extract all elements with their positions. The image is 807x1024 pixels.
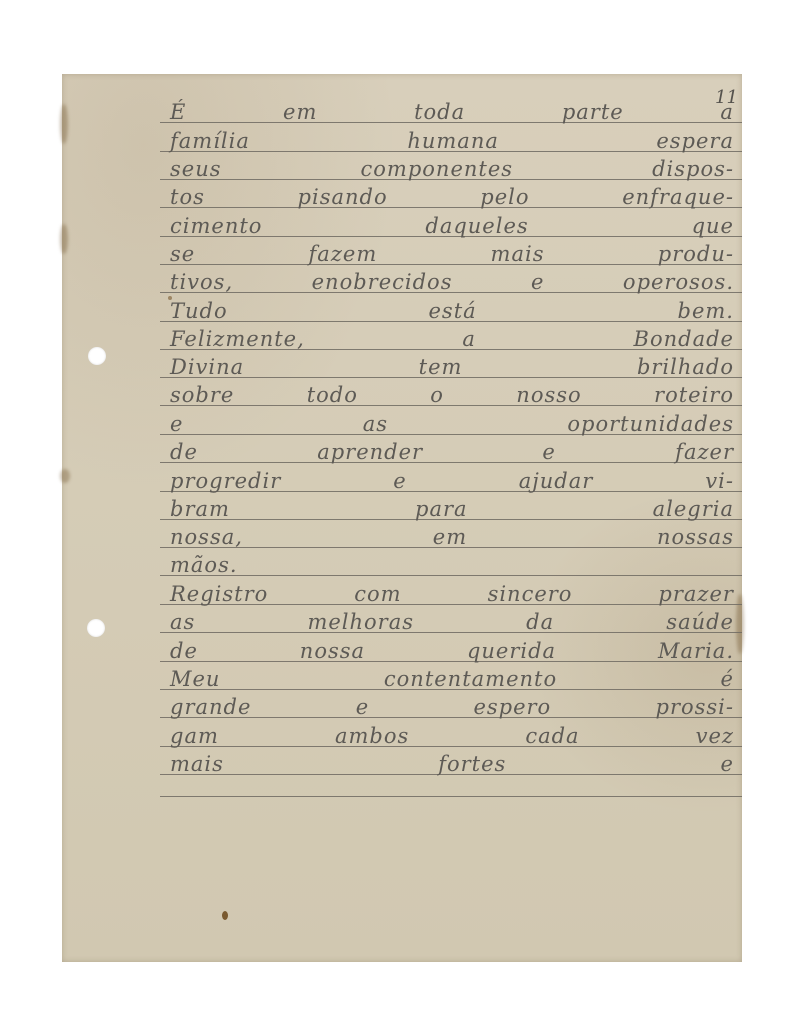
handwritten-line: tivos,enobrecidoseoperosos. [170, 270, 734, 294]
handwritten-line: cimentodaquelesque [170, 214, 734, 238]
punch-hole-top [88, 347, 106, 365]
handwritten-line: tospisandopeloenfraque- [170, 185, 734, 209]
handwritten-line: nossa,emnossas [170, 525, 734, 549]
handwritten-line: denossaqueridaMaria. [170, 639, 734, 663]
handwritten-line: progredireajudarvi- [170, 469, 734, 493]
handwritten-line: easoportunidades [170, 412, 734, 436]
document-page: 11 Éemtodapartea famíliahumanaespera seu… [62, 74, 742, 962]
handwritten-line: deaprenderefazer [170, 440, 734, 464]
handwritten-line: famíliahumanaespera [170, 129, 734, 153]
ruled-line [160, 796, 742, 797]
handwritten-line: seuscomponentesdispos- [170, 157, 734, 181]
handwritten-line: Meucontentamentoé [170, 667, 734, 691]
handwritten-line: Tudoestábem. [170, 299, 734, 323]
handwritten-line: asmelhorasdasaúde [170, 610, 734, 634]
handwritten-line: Éemtodapartea [170, 100, 734, 124]
handwritten-line: mãos. [170, 553, 734, 577]
handwritten-line: Divinatembrilhado [170, 355, 734, 379]
handwritten-line: maisfortese [170, 752, 734, 776]
handwritten-line: Registrocomsinceroprazer [170, 582, 734, 606]
edge-stain [60, 469, 70, 483]
handwritten-line: gamamboscadavez [170, 724, 734, 748]
edge-stain [736, 594, 744, 654]
ink-spot [222, 911, 228, 920]
handwritten-line: grandeeesperoprossi- [170, 695, 734, 719]
handwritten-line: sefazemmaisprodu- [170, 242, 734, 266]
handwritten-line: bramparaalegria [170, 497, 734, 521]
handwritten-line: Felizmente,aBondade [170, 327, 734, 351]
edge-stain [60, 104, 68, 144]
punch-hole-bottom [87, 619, 105, 637]
edge-stain [60, 224, 68, 254]
handwritten-line: sobretodoonossoroteiro [170, 383, 734, 407]
